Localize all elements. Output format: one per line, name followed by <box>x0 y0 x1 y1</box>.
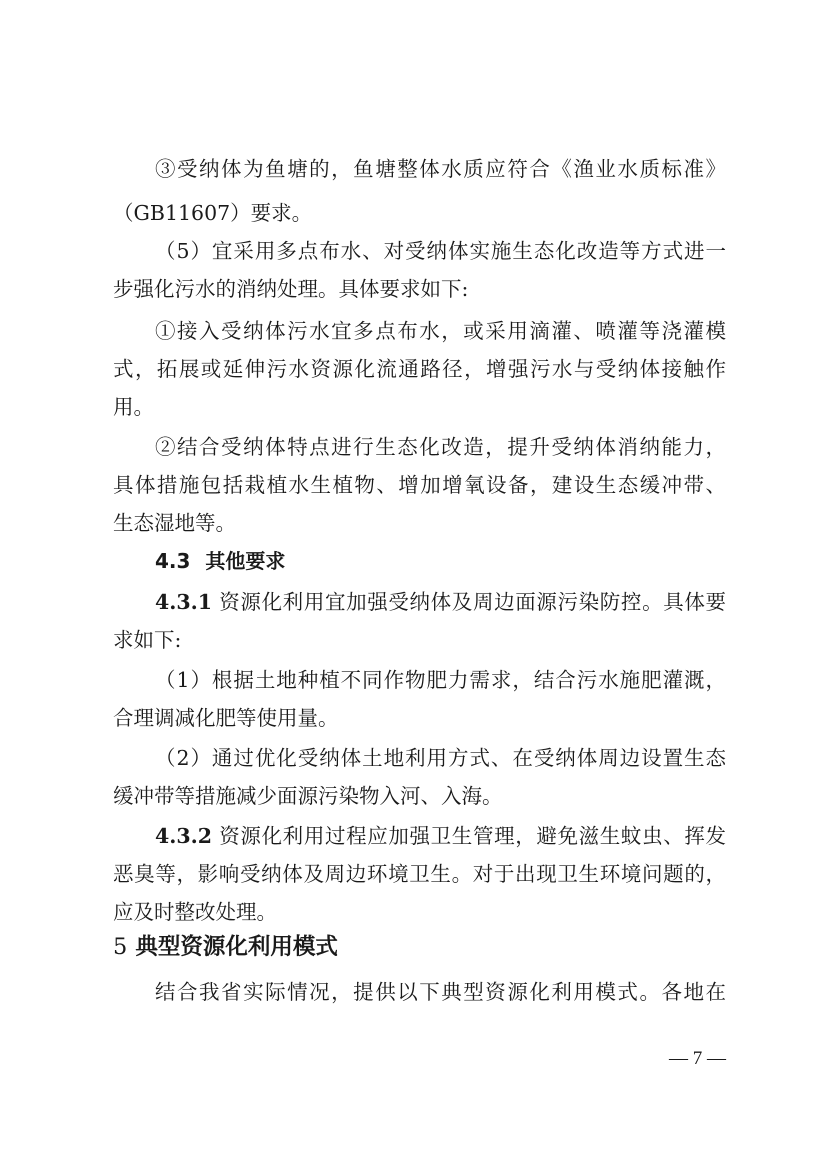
paragraph-line: 具体措施包括栽植水生植物、增加增氧设备，建设生态缓冲带、 <box>113 472 726 498</box>
clause-4-3-2: 4.3.2 资源化利用过程应加强卫生管理，避免滋生蚊虫、挥发 <box>155 823 726 849</box>
paragraph-line: 步强化污水的消纳处理。具体要求如下: <box>113 276 726 302</box>
list-item-2: （2）通过优化受纳体土地利用方式、在受纳体周边设置生态 <box>155 745 726 771</box>
page-number: — 7 — <box>640 1048 726 1070</box>
paragraph-line: 恶臭等，影响受纳体及周边环境卫生。对于出现卫生环境问题的， <box>113 861 726 887</box>
heading-title: 典型资源化利用模式 <box>135 934 338 960</box>
heading-number: 4.3 <box>155 549 190 573</box>
paragraph-line: 求如下: <box>113 627 726 653</box>
paragraph-line: （GB11607）要求。 <box>113 200 726 226</box>
paragraph-line: ②结合受纳体特点进行生态化改造，提升受纳体消纳能力， <box>155 434 726 460</box>
list-item-1: （1）根据土地种植不同作物肥力需求，结合污水施肥灌溉， <box>155 667 726 693</box>
clause-text: 资源化利用宜加强受纳体及周边面源污染防控。具体要 <box>219 590 726 614</box>
paragraph-line: 应及时整改处理。 <box>113 899 726 925</box>
heading-number: 5 <box>113 934 127 960</box>
paragraph-line: 结合我省实际情况，提供以下典型资源化利用模式。各地在 <box>155 979 726 1005</box>
paragraph-line: 缓冲带等措施减少面源污染物入河、入海。 <box>113 783 726 809</box>
paragraph-line: （5）宜采用多点布水、对受纳体实施生态化改造等方式进一 <box>155 238 726 264</box>
paragraph-line: 用。 <box>113 394 726 420</box>
clause-4-3-1: 4.3.1 资源化利用宜加强受纳体及周边面源污染防控。具体要 <box>155 589 726 615</box>
document-page: ③受纳体为鱼塘的，鱼塘整体水质应符合《渔业水质标准》 （GB11607）要求。 … <box>0 0 826 1169</box>
section-heading-4-3: 4.3 其他要求 <box>155 548 726 574</box>
clause-text: 资源化利用过程应加强卫生管理，避免滋生蚊虫、挥发 <box>219 824 726 848</box>
paragraph-line: 生态湿地等。 <box>113 510 726 536</box>
heading-title: 其他要求 <box>205 549 285 573</box>
section-heading-5: 5典型资源化利用模式 <box>113 934 726 960</box>
clause-number: 4.3.2 <box>155 824 212 848</box>
paragraph-line: ①接入受纳体污水宜多点布水，或采用滴灌、喷灌等浇灌模 <box>155 318 726 344</box>
paragraph-line: 式，拓展或延伸污水资源化流通路径，增强污水与受纳体接触作 <box>113 356 726 382</box>
clause-number: 4.3.1 <box>155 590 212 614</box>
paragraph-line: ③受纳体为鱼塘的，鱼塘整体水质应符合《渔业水质标准》 <box>155 156 726 182</box>
paragraph-line: 合理调减化肥等使用量。 <box>113 705 726 731</box>
